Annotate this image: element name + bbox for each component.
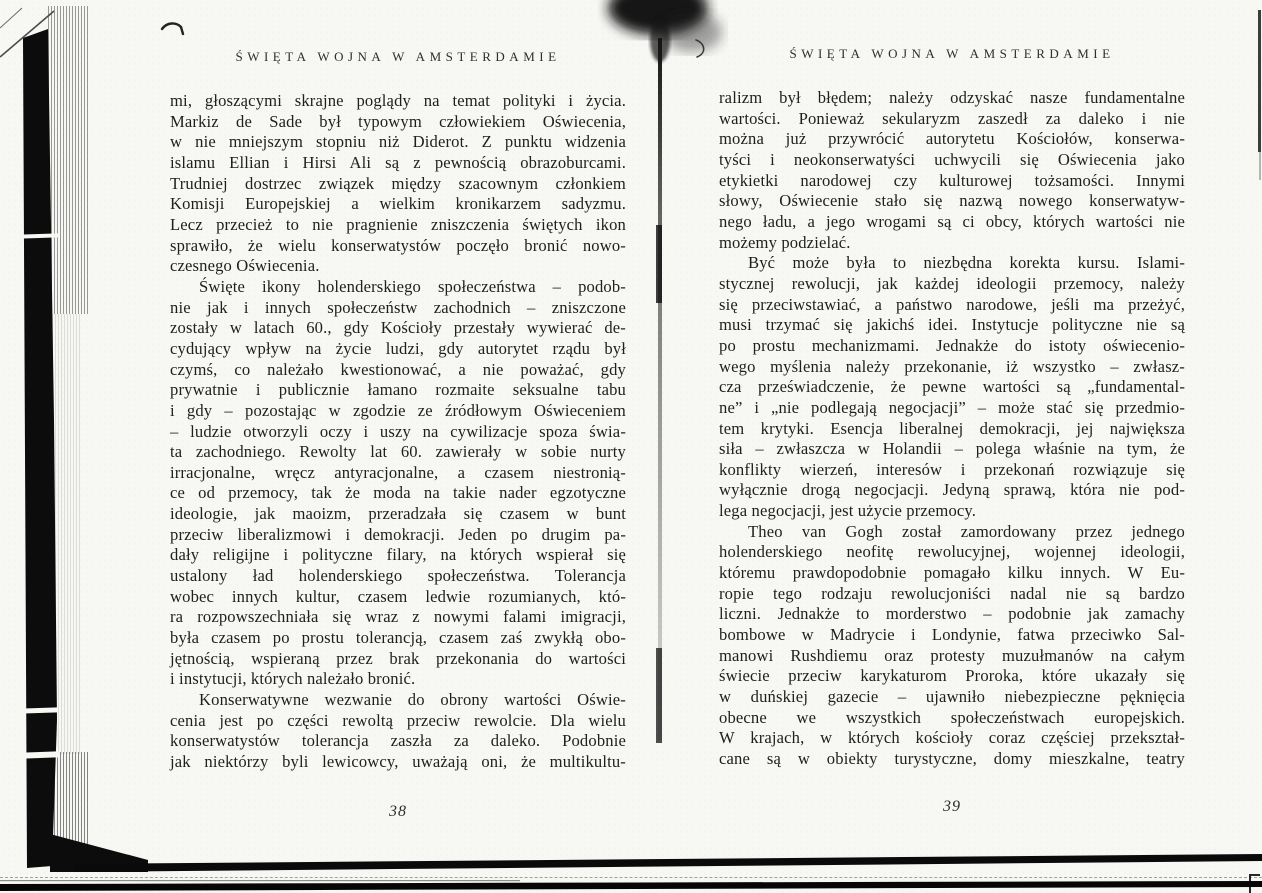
text-line: islamu Ellian i Hirsi Ali są z pewnością…: [170, 153, 626, 174]
scan-corner-artifact: [1249, 874, 1260, 893]
text-line: ideologie, jak maoizm, przeradzała się c…: [170, 504, 626, 525]
text-line: manowi Rushdiemu oraz protesty muzułmanó…: [719, 646, 1185, 667]
text-line: jak niektórzy byli lewicowcy, uważają on…: [170, 752, 626, 773]
text-line: Konserwatywne wezwanie do obrony wartośc…: [170, 690, 626, 711]
book-scan: ŚWIĘTA WOJNA W AMSTERDAMIE mi, głoszącym…: [0, 0, 1262, 893]
text-line: musi trzymać się jakichś idei. Instytucj…: [719, 315, 1185, 336]
spine-shadow-artifact: [656, 648, 662, 743]
text-line: cza przeświadczenie, że pewne wartości s…: [719, 377, 1185, 398]
text-line: bombowe w Madrycie i Londynie, fatwa prz…: [719, 625, 1185, 646]
page-edge-stripes-artifact: [48, 6, 90, 314]
text-line: cydujący wpływ na życie ludzi, gdy autor…: [170, 339, 626, 360]
text-line: wyłącznie drogą negocjacji. Jedyną spraw…: [719, 480, 1185, 501]
text-line: któremu prawdopodobnie pomagało kilku in…: [719, 563, 1185, 584]
text-line: W krajach, w których kościoły coraz częś…: [719, 728, 1185, 749]
text-line: konserwatystów tolerancja zaszła za dale…: [170, 731, 626, 752]
book-page-right: ŚWIĘTA WOJNA W AMSTERDAMIE ralizm był bł…: [719, 47, 1185, 770]
text-line: sprawiło, że wielu konserwatystów poczęł…: [170, 236, 626, 257]
text-line: słowy, Oświecenie stało się nazwą nowego…: [719, 191, 1185, 212]
text-line: cenia jest po części rewoltą przeciw rew…: [170, 711, 626, 732]
text-line: Trudniej dostrzec związek między szacown…: [170, 174, 626, 195]
running-header: ŚWIĘTA WOJNA W AMSTERDAMIE: [170, 50, 626, 64]
scanner-line-artifact: [0, 854, 1262, 891]
text-line: ralizm był błędem; należy odzyskać nasze…: [719, 88, 1185, 109]
text-line: w nie mniejszym stopniu niż Diderot. Z p…: [170, 132, 626, 153]
text-line: Być może była to niezbędna korekta kursu…: [719, 253, 1185, 274]
text-line: wobec innych kultur, czasem ledwie rozum…: [170, 587, 626, 608]
text-line: Markiz de Sade był typowym człowiekiem O…: [170, 112, 626, 133]
text-line: mi, głoszącymi skrajne poglądy na temat …: [170, 91, 626, 112]
text-line: ne” i „nie podlegają negocjacji” – może …: [719, 398, 1185, 419]
text-line: wartości. Ponieważ sekularyzm zaszedł za…: [719, 109, 1185, 130]
text-line: konflikty wierzeń, interesów i przekonań…: [719, 460, 1185, 481]
text-line: obecne we wszystkich społeczeństwach eur…: [719, 708, 1185, 729]
text-line: siła – zwłaszcza w Holandii – polega wła…: [719, 439, 1185, 460]
text-line: etykietki narodowej czy kulturowej tożsa…: [719, 171, 1185, 192]
text-line: zostały w latach 60., gdy Kościoły przes…: [170, 318, 626, 339]
page-body: ralizm był błędem; należy odzyskać nasze…: [719, 88, 1185, 770]
text-line: stycznej rewolucji, jak każdej ideologii…: [719, 274, 1185, 295]
page-number: 39: [719, 798, 1185, 816]
text-line: irracjonalne, wręcz antyracjonalne, a cz…: [170, 463, 626, 484]
text-line: jętnością, wspieraną przez brak przekona…: [170, 649, 626, 670]
scanner-line-artifact: [0, 877, 1262, 878]
text-line: Komisji Europejskiej a wielkim kronikarz…: [170, 194, 626, 215]
curl-mark-artifact: [162, 23, 183, 34]
text-line: ustalony ład holenderskiego społeczeństw…: [170, 566, 626, 587]
page-number: 38: [170, 803, 626, 821]
running-header: ŚWIĘTA WOJNA W AMSTERDAMIE: [719, 47, 1185, 61]
page-body: mi, głoszącymi skrajne poglądy na temat …: [170, 91, 626, 773]
text-line: lega negocjacji, jest użycie przemocy.: [719, 501, 1185, 522]
text-line: – ludzie otworzyli oczy i uszy na cywili…: [170, 422, 626, 443]
text-line: świecie przeciw karykaturom Proroka, któ…: [719, 666, 1185, 687]
scan-edge-artifact: [1258, 10, 1261, 152]
text-line: dały religijne i polityczne filary, na k…: [170, 545, 626, 566]
text-line: przeciw liberalizmowi i demokracji. Jede…: [170, 525, 626, 546]
spine-shadow-artifact: [658, 38, 662, 740]
text-line: w duńskiej gazecie – ujawniło niebezpiec…: [719, 687, 1185, 708]
spine-shadow-artifact: [656, 225, 662, 303]
text-line: była czasem po prostu tolerancją, czasem…: [170, 628, 626, 649]
text-line: tyści i neokonserwatyści uchwycili się O…: [719, 150, 1185, 171]
text-line: i instytucji, których należało bronić.: [170, 669, 626, 690]
text-line: Theo van Gogh został zamordowany przez j…: [719, 522, 1185, 543]
text-line: i gdy – pozostając w zgodzie ze źródłowy…: [170, 401, 626, 422]
text-line: ta zachodniego. Rewolty lat 60. zawierał…: [170, 442, 626, 463]
text-line: cane są w obiekty turystyczne, domy mies…: [719, 749, 1185, 770]
text-line: możemy podzielać.: [719, 233, 1185, 254]
text-line: ce od przemocy, tak że moda na takie nad…: [170, 483, 626, 504]
text-line: czesnego Oświecenia.: [170, 256, 626, 277]
text-line: nie jak i innych społeczeństw zachodnich…: [170, 298, 626, 319]
text-line: wego myślenia należy przekonanie, iż wsz…: [719, 357, 1185, 378]
text-line: Lecz przecież to nie pragnienie zniszcze…: [170, 215, 626, 236]
scan-edge-artifact: [1259, 152, 1261, 180]
page-edge-stripes-artifact: [52, 314, 82, 754]
text-line: tem krytyki. Esencja liberalnej demokrac…: [719, 419, 1185, 440]
text-line: nego ładu, a jego wrogami są ci obcy, kt…: [719, 212, 1185, 233]
text-line: holenderskiego neofitę rewolucyjnej, woj…: [719, 542, 1185, 563]
page-edge-stripes-artifact: [42, 752, 88, 866]
book-page-left: ŚWIĘTA WOJNA W AMSTERDAMIE mi, głoszącym…: [170, 50, 626, 773]
text-line: można już przywrócić autorytetu Kościołó…: [719, 129, 1185, 150]
text-line: się przeciwstawiać, a państwo narodowe, …: [719, 295, 1185, 316]
text-line: liczni. Jednakże to morderstwo – podobni…: [719, 604, 1185, 625]
curl-mark-artifact: [696, 40, 704, 57]
text-line: ropie tego rodzaju rewolucjoniści nadal …: [719, 584, 1185, 605]
text-line: ra rozpowszechniała się wraz z nowymi fa…: [170, 607, 626, 628]
text-line: prywatnie i publicznie łamano rozmaite s…: [170, 380, 626, 401]
text-line: po prostu mechanizmami. Jednakże do isto…: [719, 336, 1185, 357]
text-line: czymś, co należało kwestionować, a nie p…: [170, 360, 626, 381]
text-line: Święte ikony holenderskiego społeczeństw…: [170, 277, 626, 298]
book-edge-artifact: [0, 8, 148, 872]
